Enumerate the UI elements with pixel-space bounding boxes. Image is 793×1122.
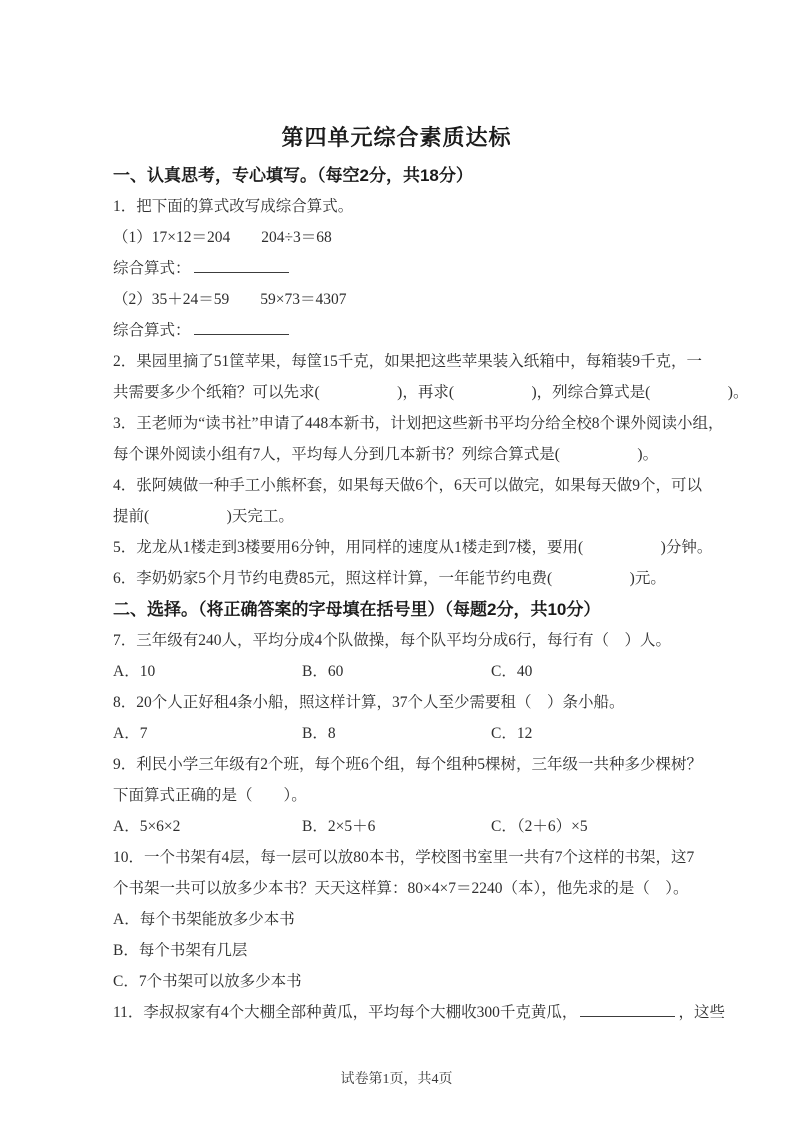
answer-label: 综合算式： — [113, 322, 191, 339]
option-a: A．5×6×2 — [113, 811, 302, 842]
option-a: A．7 — [113, 718, 302, 749]
question-9-line-2: 下面算式正确的是（ ）。 — [113, 780, 681, 811]
question-1-answer-line-1: 综合算式： — [113, 253, 681, 284]
option-b: B．8 — [302, 718, 491, 749]
paper-body: 一、认真思考，专心填写。（每空2分，共18分） 1．把下面的算式改写成综合算式。… — [113, 160, 681, 1028]
question-11-text-post: ，这些 — [678, 1004, 725, 1021]
answer-label: 综合算式： — [113, 260, 191, 277]
page-title: 第四单元综合素质达标 — [0, 123, 793, 153]
question-7-stem: 7．三年级有240人，平均分成4个队做操，每个队平均分成6行，每行有（ ）人。 — [113, 625, 681, 656]
question-5-line-1: 5．龙龙从1楼走到3楼要用6分钟，用同样的速度从1楼走到7楼，要用( )分钟。 — [113, 532, 681, 563]
question-3-line-1: 3．王老师为“读书社”申请了448本新书，计划把这些新书平均分给全校8个课外阅读… — [113, 408, 681, 439]
question-10-option-c: C．7个书架可以放多少本书 — [113, 966, 681, 997]
question-7-options-row: A．10 B．60 C．40 — [113, 656, 681, 687]
question-1-part-2-equations: （2）35＋24＝59 59×73＝4307 — [113, 284, 681, 315]
question-8-stem: 8．20个人正好租4条小船，照这样计算，37个人至少需要租（ ）条小船。 — [113, 687, 681, 718]
question-10-option-b: B．每个书架有几层 — [113, 935, 681, 966]
question-2-line-1: 2．果园里摘了51筐苹果，每筐15千克，如果把这些苹果装入纸箱中，每箱装9千克，… — [113, 346, 681, 377]
option-a: A．10 — [113, 656, 302, 687]
section-1-heading: 一、认真思考，专心填写。（每空2分，共18分） — [113, 160, 681, 191]
answer-blank-line — [580, 1004, 675, 1017]
question-1-answer-line-2: 综合算式： — [113, 315, 681, 346]
question-3-line-2: 每个课外阅读小组有7人，平均每人分到几本新书？列综合算式是( )。 — [113, 439, 681, 470]
question-10-line-1: 10．一个书架有4层，每一层可以放80本书，学校图书室里一共有7个这样的书架，这… — [113, 842, 681, 873]
option-c: C．12 — [491, 718, 532, 749]
question-11-line-1: 11．李叔叔家有4个大棚全部种黄瓜，平均每个大棚收300千克黄瓜，，这些 — [113, 997, 681, 1028]
option-b: B．2×5＋6 — [302, 811, 491, 842]
question-11-text-pre: 11．李叔叔家有4个大棚全部种黄瓜，平均每个大棚收300千克黄瓜， — [113, 1004, 577, 1021]
option-c: C．（2＋6）×5 — [491, 811, 588, 842]
question-1-part-1-equations: （1）17×12＝204 204÷3＝68 — [113, 222, 681, 253]
answer-blank-line — [194, 322, 289, 335]
answer-blank-line — [194, 260, 289, 273]
question-9-line-1: 9．利民小学三年级有2个班，每个班6个组，每个组种5棵树，三年级一共种多少棵树？ — [113, 749, 681, 780]
question-2-line-2: 共需要多少个纸箱？可以先求( )，再求( )，列综合算式是( )。 — [113, 377, 681, 408]
option-b: B．60 — [302, 656, 491, 687]
page-footer: 试卷第1页，共4页 — [0, 1068, 793, 1092]
question-6-line-1: 6．李奶奶家5个月节约电费85元，照这样计算，一年能节约电费( )元。 — [113, 563, 681, 594]
question-4-line-1: 4．张阿姨做一种手工小熊杯套，如果每天做6个，6天可以做完，如果每天做9个，可以 — [113, 470, 681, 501]
question-8-options-row: A．7 B．8 C．12 — [113, 718, 681, 749]
question-4-line-2: 提前( )天完工。 — [113, 501, 681, 532]
section-2-heading: 二、选择。（将正确答案的字母填在括号里）（每题2分，共10分） — [113, 594, 681, 625]
question-10-option-a: A．每个书架能放多少本书 — [113, 904, 681, 935]
question-9-options-row: A．5×6×2 B．2×5＋6 C．（2＋6）×5 — [113, 811, 681, 842]
question-10-line-2: 个书架一共可以放多少本书？天天这样算：80×4×7＝2240（本），他先求的是（… — [113, 873, 681, 904]
question-1-stem: 1．把下面的算式改写成综合算式。 — [113, 191, 681, 222]
option-c: C．40 — [491, 656, 532, 687]
exam-paper-page: 第四单元综合素质达标 一、认真思考，专心填写。（每空2分，共18分） 1．把下面… — [0, 0, 793, 1122]
